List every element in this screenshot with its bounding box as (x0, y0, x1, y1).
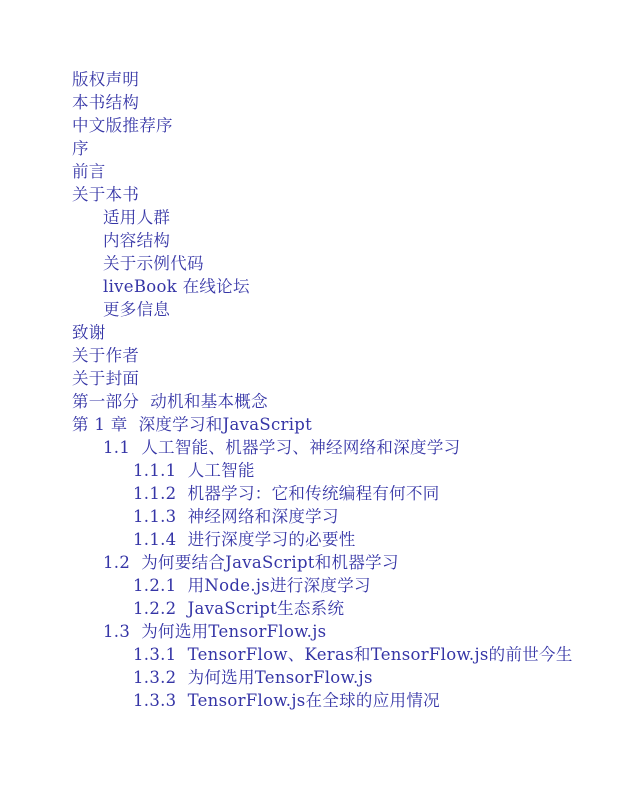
toc-entry-link[interactable]: 1.1.3 神经网络和深度学习 (72, 505, 602, 528)
toc-entry-link[interactable]: 1.1.2 机器学习：它和传统编程有何不同 (72, 482, 602, 505)
toc-entry-link[interactable]: 更多信息 (72, 298, 602, 321)
toc-entry-link[interactable]: 关于示例代码 (72, 252, 602, 275)
toc-list: 版权声明 本书结构 中文版推荐序 序 前言 关于本书 适用人群 内容结构 关于示… (72, 68, 602, 712)
toc-entry-link[interactable]: 本书结构 (72, 91, 602, 114)
toc-entry-link[interactable]: liveBook 在线论坛 (72, 275, 602, 298)
toc-entry-link[interactable]: 1.2 为何要结合JavaScript和机器学习 (72, 551, 602, 574)
toc-entry-link[interactable]: 版权声明 (72, 68, 602, 91)
toc-entry-link[interactable]: 致谢 (72, 321, 602, 344)
toc-entry-link[interactable]: 1.1.1 人工智能 (72, 459, 602, 482)
toc-entry-link[interactable]: 1.3.3 TensorFlow.js在全球的应用情况 (72, 689, 602, 712)
toc-entry-link[interactable]: 关于本书 (72, 183, 602, 206)
toc-entry-link[interactable]: 1.2.1 用Node.js进行深度学习 (72, 574, 602, 597)
toc-page: 版权声明 本书结构 中文版推荐序 序 前言 关于本书 适用人群 内容结构 关于示… (0, 0, 618, 800)
toc-entry-link[interactable]: 1.3 为何选用TensorFlow.js (72, 620, 602, 643)
toc-entry-link[interactable]: 适用人群 (72, 206, 602, 229)
toc-entry-link[interactable]: 关于作者 (72, 344, 602, 367)
toc-entry-link[interactable]: 关于封面 (72, 367, 602, 390)
toc-entry-link[interactable]: 前言 (72, 160, 602, 183)
toc-entry-link[interactable]: 第 1 章 深度学习和JavaScript (72, 413, 602, 436)
toc-entry-link[interactable]: 1.1 人工智能、机器学习、神经网络和深度学习 (72, 436, 602, 459)
toc-entry-link[interactable]: 内容结构 (72, 229, 602, 252)
toc-entry-link[interactable]: 1.2.2 JavaScript生态系统 (72, 597, 602, 620)
toc-entry-link[interactable]: 1.3.1 TensorFlow、Keras和TensorFlow.js的前世今… (72, 643, 602, 666)
toc-entry-link[interactable]: 序 (72, 137, 602, 160)
toc-entry-link[interactable]: 第一部分 动机和基本概念 (72, 390, 602, 413)
toc-entry-link[interactable]: 1.1.4 进行深度学习的必要性 (72, 528, 602, 551)
toc-entry-link[interactable]: 1.3.2 为何选用TensorFlow.js (72, 666, 602, 689)
toc-entry-link[interactable]: 中文版推荐序 (72, 114, 602, 137)
